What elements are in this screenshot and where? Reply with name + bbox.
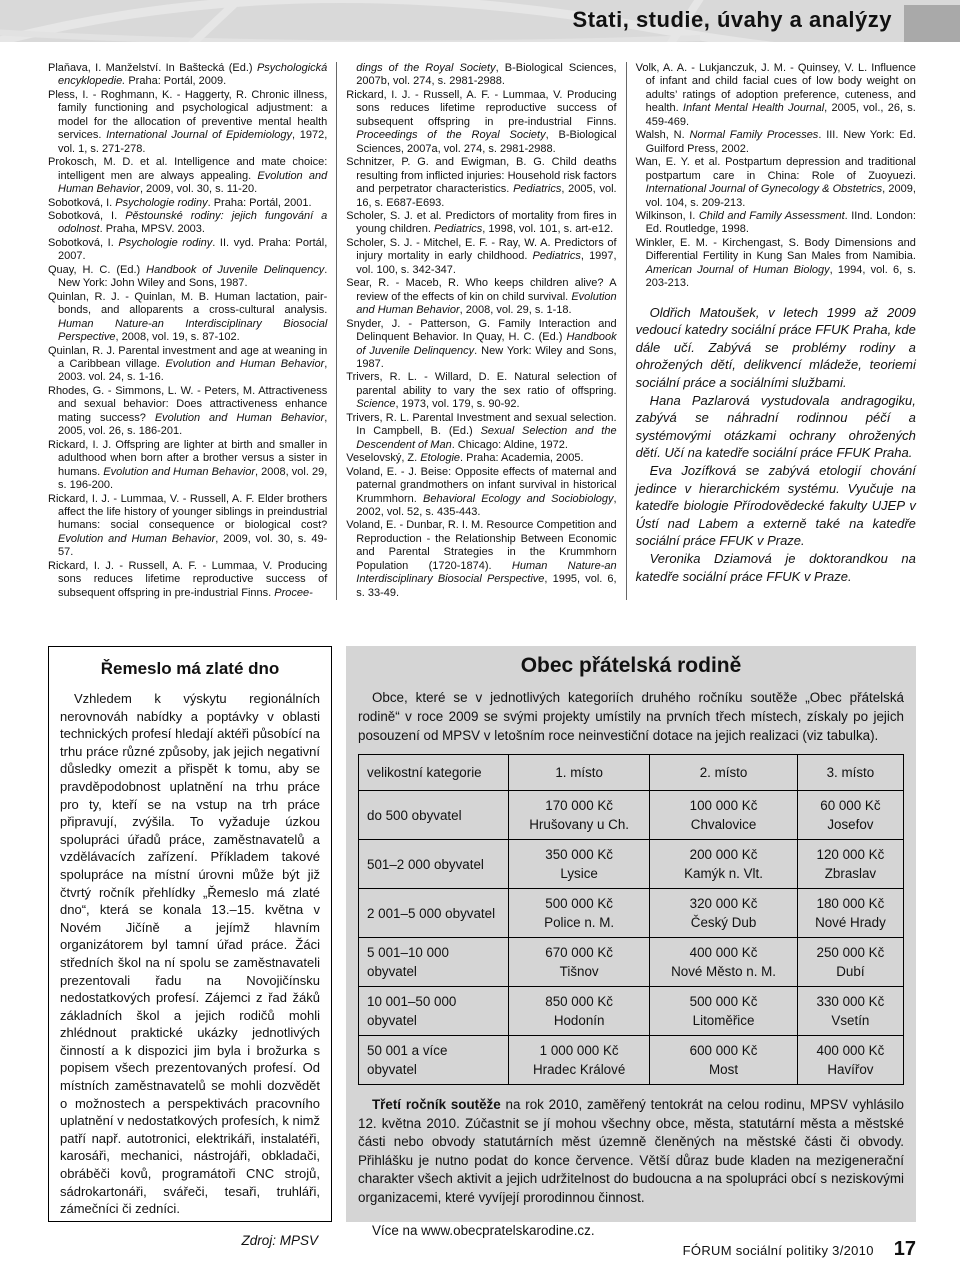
prize-cell: 850 000 KčHodonín	[509, 987, 650, 1036]
header-row: velikostní kategorie 1. místo 2. místo 3…	[359, 755, 904, 791]
panel-intro: Obce, které se v jednotlivých kategoriíc…	[358, 688, 904, 745]
prize-cell: 600 000 KčMost	[650, 1036, 798, 1085]
article-source: Zdroj: MPSV	[60, 1233, 320, 1248]
category-cell: do 500 obyvatel	[359, 791, 509, 840]
column-header-category: velikostní kategorie	[359, 755, 509, 791]
reference-entry: Trivers, R. L. Parental Investment and s…	[346, 412, 616, 452]
reference-entry: Wilkinson, I. Child and Family Assessmen…	[636, 210, 916, 237]
reference-entry: Plaňava, I. Manželství. In Baštecká (Ed.…	[48, 62, 327, 89]
prize-cell: 400 000 KčHavířov	[797, 1036, 903, 1085]
reference-list: Plaňava, I. Manželství. In Baštecká (Ed.…	[48, 62, 327, 600]
category-cell: 2 001–5 000 obyvatel	[359, 889, 509, 938]
prize-cell: 100 000 KčChvalovice	[650, 791, 798, 840]
author-bio: Veronika Dziamová je doktorandkou na kat…	[636, 550, 916, 585]
prize-table-body: do 500 obyvatel170 000 KčHrušovany u Ch.…	[359, 791, 904, 1085]
reference-entry: Trivers, R. L. - Willard, D. E. Natural …	[346, 371, 616, 411]
panel-title: Obec přátelská rodině	[358, 654, 904, 678]
reference-entry: Prokosch, M. D. et al. Intelligence and …	[48, 156, 327, 196]
reference-entry: Quay, H. C. (Ed.) Handbook of Juvenile D…	[48, 264, 327, 291]
author-bio: Eva Jozífková se zabývá etologií chování…	[636, 462, 916, 550]
reference-entry: Rickard, I. J. - Lummaa, V. - Russell, A…	[48, 493, 327, 560]
prize-cell: 500 000 KčLitoměřice	[650, 987, 798, 1036]
prize-cell: 670 000 KčTišnov	[509, 938, 650, 987]
table-row: 2 001–5 000 obyvatel500 000 KčPolice n. …	[359, 889, 904, 938]
table-row: do 500 obyvatel170 000 KčHrušovany u Ch.…	[359, 791, 904, 840]
header-band: Stati, studie, úvahy a analýzy	[0, 0, 960, 42]
reference-entry: Quinlan, R. J. - Quinlan, M. B. Human la…	[48, 291, 327, 345]
category-cell: 10 001–50 000 obyvatel	[359, 987, 509, 1036]
prize-cell: 320 000 KčČeský Dub	[650, 889, 798, 938]
category-cell: 5 001–10 000 obyvatel	[359, 938, 509, 987]
table-row: 501–2 000 obyvatel350 000 KčLysice200 00…	[359, 840, 904, 889]
prize-table: velikostní kategorie 1. místo 2. místo 3…	[358, 754, 904, 1085]
prize-cell: 500 000 KčPolice n. M.	[509, 889, 650, 938]
references-column-1: Plaňava, I. Manželství. In Baštecká (Ed.…	[48, 62, 337, 600]
reference-list: Volk, A. A. - Lukjanczuk, J. M. - Quinse…	[636, 62, 916, 291]
prize-cell: 120 000 KčZbraslav	[797, 840, 903, 889]
reference-entry: Scholer, S. J. et al. Predictors of mort…	[346, 210, 616, 237]
table-row: 50 001 a více obyvatel1 000 000 KčHradec…	[359, 1036, 904, 1085]
prize-cell: 330 000 KčVsetín	[797, 987, 903, 1036]
column-header-third-place: 3. místo	[797, 755, 903, 791]
category-cell: 50 001 a více obyvatel	[359, 1036, 509, 1085]
prize-cell: 180 000 KčNové Hrady	[797, 889, 903, 938]
prize-cell: 350 000 KčLysice	[509, 840, 650, 889]
header-corner-block	[904, 5, 960, 42]
author-bio: Hana Pazlarová vystudovala andragogiku, …	[636, 392, 916, 462]
references-section: Plaňava, I. Manželství. In Baštecká (Ed.…	[48, 62, 916, 600]
reference-entry: Quinlan, R. J. Parental investment and a…	[48, 345, 327, 385]
reference-entry: Schnitzer, P. G. and Ewigman, B. G. Chil…	[346, 156, 616, 210]
prize-cell: 1 000 000 KčHradec Králové	[509, 1036, 650, 1085]
panel-paragraph: Třetí ročník soutěže na rok 2010, zaměře…	[358, 1096, 904, 1208]
table-row: 5 001–10 000 obyvatel670 000 KčTišnov400…	[359, 938, 904, 987]
prize-cell: 170 000 KčHrušovany u Ch.	[509, 791, 650, 840]
reference-entry: Scholer, S. J. - Mitchel, E. F. - Ray, W…	[346, 237, 616, 277]
reference-entry: Sear, R. - Maceb, R. Who keeps children …	[346, 277, 616, 317]
article-box-remeslo: Řemeslo má zlaté dno Vzhledem k výskytu …	[48, 646, 332, 1222]
page-section-title: Stati, studie, úvahy a analýzy	[573, 7, 892, 33]
prize-cell: 250 000 KčDubí	[797, 938, 903, 987]
reference-entry: Voland, E. - Dunbar, R. I. M. Resource C…	[346, 519, 616, 600]
reference-entry: dings of the Royal Society, B-Biological…	[346, 62, 616, 89]
prize-cell: 60 000 KčJosefov	[797, 791, 903, 840]
reference-entry: Pless, I. - Roghmann, K. - Haggerty, R. …	[48, 89, 327, 156]
reference-entry: Rhodes, G. - Simmons, L. W. - Peters, M.…	[48, 385, 327, 439]
page-number: 17	[894, 1238, 916, 1261]
article-body: Vzhledem k výskytu regionálních nerovnov…	[60, 690, 320, 1218]
references-column-3: Volk, A. A. - Lukjanczuk, J. M. - Quinse…	[627, 62, 916, 600]
author-bios: Oldřich Matoušek, v letech 1999 až 2009 …	[636, 304, 916, 586]
reference-entry: Veselovský, Z. Etologie. Praha: Academia…	[346, 452, 616, 465]
reference-entry: Rickard, I. J. Offspring are lighter at …	[48, 439, 327, 493]
table-row: 10 001–50 000 obyvatel850 000 KčHodonín5…	[359, 987, 904, 1036]
journal-name: FÓRUM sociální politiky 3/2010	[683, 1243, 874, 1258]
references-column-2: dings of the Royal Society, B-Biological…	[337, 62, 626, 600]
column-header-second-place: 2. místo	[650, 755, 798, 791]
author-bio: Oldřich Matoušek, v letech 1999 až 2009 …	[636, 304, 916, 392]
reference-entry: Rickard, I. J. - Russell, A. F. - Lummaa…	[48, 560, 327, 600]
column-header-first-place: 1. místo	[509, 755, 650, 791]
reference-entry: Winkler, E. M. - Kirchengast, S. Body Di…	[636, 237, 916, 291]
prize-cell: 400 000 KčNové Město n. M.	[650, 938, 798, 987]
page-footer: FÓRUM sociální politiky 3/2010 17	[683, 1238, 916, 1261]
reference-entry: Rickard, I. J. - Russell, A. F. - Lummaa…	[346, 89, 616, 156]
reference-list: dings of the Royal Society, B-Biological…	[346, 62, 616, 600]
reference-entry: Sobotková, I. Psychologie rodiny. II. vy…	[48, 237, 327, 264]
panel-more-info: Více na www.obecpratelskarodine.cz.	[358, 1223, 904, 1238]
panel-obec-pratelska-rodine: Obec přátelská rodině Obce, které se v j…	[346, 646, 916, 1222]
reference-entry: Sobotková, I. Pěstounské rodiny: jejich …	[48, 210, 327, 237]
reference-entry: Wan, E. Y. et al. Postpartum depression …	[636, 156, 916, 210]
prize-cell: 200 000 KčKamýk n. Vlt.	[650, 840, 798, 889]
prize-table-head: velikostní kategorie 1. místo 2. místo 3…	[359, 755, 904, 791]
article-title: Řemeslo má zlaté dno	[60, 659, 320, 679]
reference-entry: Volk, A. A. - Lukjanczuk, J. M. - Quinse…	[636, 62, 916, 129]
reference-entry: Walsh, N. Normal Family Processes. III. …	[636, 129, 916, 156]
reference-entry: Voland, E. - J. Beise: Opposite effects …	[346, 466, 616, 520]
category-cell: 501–2 000 obyvatel	[359, 840, 509, 889]
reference-entry: Snyder, J. - Patterson, G. Family Intera…	[346, 318, 616, 372]
reference-entry: Sobotková, I. Psychologie rodiny. Praha:…	[48, 197, 327, 210]
